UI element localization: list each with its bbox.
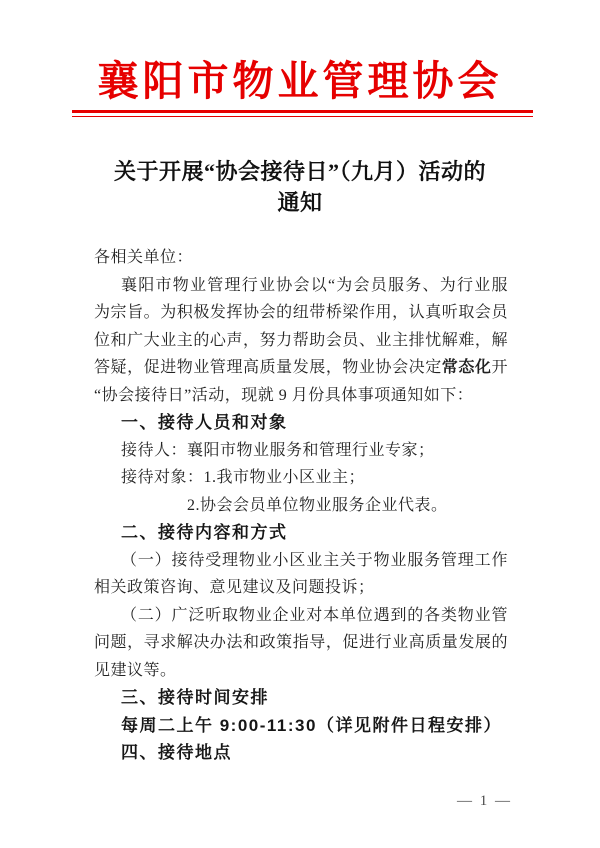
notice-title: 关于开展“协会接待日”（九月）活动的 通知: [40, 156, 560, 218]
paragraph1-line3: 位和广大业主的心声，努力帮助会员、业主排忧解难，解惑: [94, 327, 508, 355]
section2-heading: 二、接待内容和方式: [94, 519, 508, 547]
section1-receiver-line: 接待人：襄阳市物业服务和管理行业专家；: [94, 437, 508, 465]
paragraph1-line4-emphasis: 常态化: [442, 359, 492, 376]
section4-heading: 四、接待地点: [94, 739, 508, 767]
association-letterhead-title: 襄阳市物业管理协会: [0, 56, 600, 106]
section1-audience-line2: 2.协会会员单位物业服务企业代表。: [94, 492, 508, 520]
section2-item2-line3: 见建议等。: [94, 657, 508, 685]
salutation: 各相关单位：: [94, 244, 508, 272]
section3-heading: 三、接待时间安排: [94, 684, 508, 712]
section2-item2-line1: （二）广泛听取物业企业对本单位遇到的各类物业管理: [94, 602, 508, 630]
notice-title-line1: 关于开展“协会接待日”（九月）活动的: [40, 156, 560, 187]
page-number: — 1 —: [457, 792, 512, 810]
section2-item2-line2: 问题，寻求解决办法和政策指导，促进行业高质量发展的意: [94, 629, 508, 657]
notice-title-line2: 通知: [40, 187, 560, 218]
paragraph1-line4: 答疑，促进物业管理高质量发展，物业协会决定常态化开展: [94, 354, 508, 382]
section2-item1-line2: 相关政策咨询、意见建议及问题投诉；: [94, 574, 508, 602]
section1-heading: 一、接待人员和对象: [94, 409, 508, 437]
paragraph1-line1: 襄阳市物业管理行业协会以“为会员服务、为行业服务”: [94, 272, 508, 300]
paragraph1-line5: “协会接待日”活动，现就 9 月份具体事项通知如下：: [94, 382, 508, 410]
paragraph1-line4-regular: 答疑，促进物业管理高质量发展，物业协会决定: [94, 359, 442, 376]
section2-item1-line1: （一）接待受理物业小区业主关于物业服务管理工作的: [94, 547, 508, 575]
notice-body: 各相关单位： 襄阳市物业管理行业协会以“为会员服务、为行业服务” 为宗旨。为积极…: [94, 244, 508, 767]
paragraph1-line2: 为宗旨。为积极发挥协会的纽带桥梁作用，认真听取会员单: [94, 299, 508, 327]
section1-audience-line1: 接待对象：1.我市物业小区业主；: [94, 464, 508, 492]
letterhead-divider-line: [72, 110, 533, 117]
document-page: 襄阳市物业管理协会 关于开展“协会接待日”（九月）活动的 通知 各相关单位： 襄…: [0, 0, 600, 848]
section3-schedule-line: 每周二上午 9:00-11:30（详见附件日程安排）: [94, 712, 508, 740]
